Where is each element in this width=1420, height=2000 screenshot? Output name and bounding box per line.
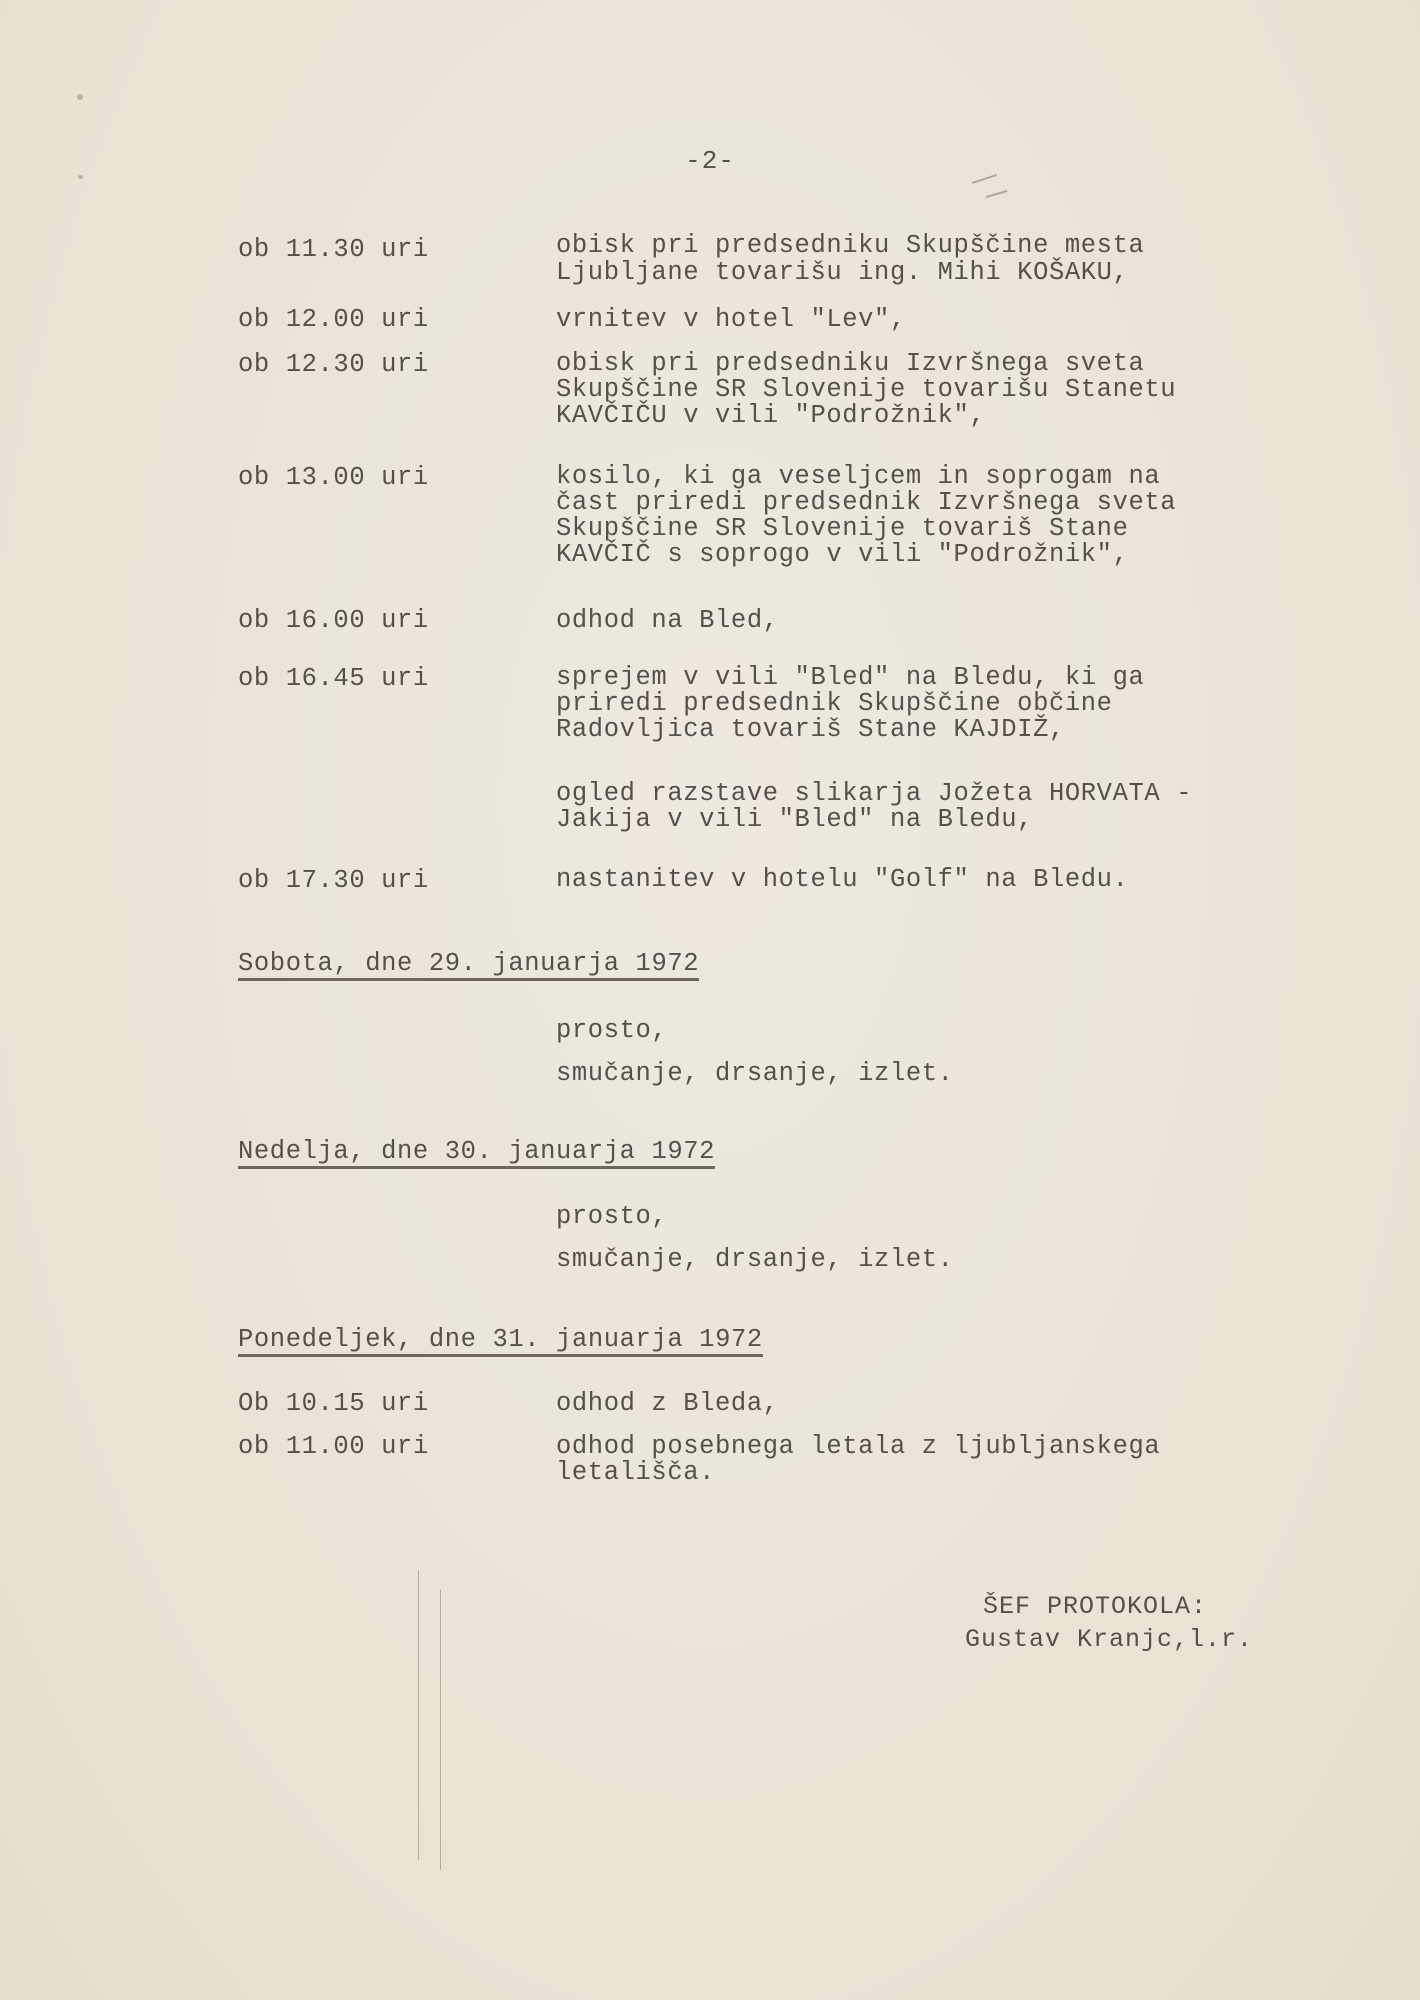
schedule-time: ob 12.00 uri (238, 306, 429, 333)
schedule-desc-line: čast priredi predsednik Izvršnega sveta (556, 489, 1176, 516)
schedule-desc-line: KAVČIČU v vili "Podrožnik", (556, 402, 985, 429)
paper-crease-line (418, 1570, 419, 1860)
day-heading-saturday: Sobota, dne 29. januarja 1972 (238, 950, 699, 981)
schedule-time: ob 17.30 uri (238, 867, 429, 894)
schedule-desc-line: kosilo, ki ga veseljcem in soprogam na (556, 463, 1160, 490)
schedule-time: ob 13.00 uri (238, 464, 429, 491)
signature-title: ŠEF PROTOKOLA: (983, 1592, 1207, 1621)
day-heading-monday: Ponedeljek, dne 31. januarja 1972 (238, 1326, 763, 1357)
schedule-time: ob 16.45 uri (238, 665, 429, 692)
schedule-desc-line: Skupščine SR Slovenije tovariš Stane (556, 515, 1129, 542)
schedule-desc-line: odhod posebnega letala z ljubljanskega (556, 1433, 1160, 1460)
schedule-desc-line: prosto, (556, 1203, 667, 1230)
schedule-desc-line: odhod z Bleda, (556, 1390, 779, 1417)
schedule-desc-line: obisk pri predsedniku Izvršnega sveta (556, 350, 1144, 377)
schedule-time: ob 16.00 uri (238, 607, 429, 634)
schedule-desc-line: obisk pri predsedniku Skupščine mesta (556, 232, 1144, 259)
schedule-desc-line: odhod na Bled, (556, 607, 779, 634)
schedule-desc-line: letališča. (556, 1459, 715, 1486)
schedule-desc-line: Jakija v vili "Bled" na Bledu, (556, 806, 1033, 833)
schedule-time: ob 12.30 uri (238, 351, 429, 378)
schedule-desc-line: sprejem v vili "Bled" na Bledu, ki ga (556, 664, 1144, 691)
schedule-time: ob 11.30 uri (238, 236, 429, 263)
punch-hole-mark (77, 94, 83, 100)
schedule-desc-line: Skupščine SR Slovenije tovarišu Stanetu (556, 376, 1176, 403)
schedule-desc-line: ogled razstave slikarja Jožeta HORVATA - (556, 780, 1192, 807)
schedule-desc-line: nastanitev v hotelu "Golf" na Bledu. (556, 866, 1129, 893)
page-number: -2- (0, 146, 1420, 176)
day-heading-sunday: Nedelja, dne 30. januarja 1972 (238, 1138, 715, 1169)
schedule-desc-line: priredi predsednik Skupščine občine (556, 690, 1113, 717)
schedule-desc-line: prosto, (556, 1017, 667, 1044)
schedule-desc-line: smučanje, drsanje, izlet. (556, 1246, 954, 1273)
schedule-desc-line: smučanje, drsanje, izlet. (556, 1060, 954, 1087)
schedule-time: Ob 10.15 uri (238, 1390, 429, 1417)
schedule-desc-line: KAVČIČ s soprogo v vili "Podrožnik", (556, 541, 1129, 568)
paper-crease-line (440, 1590, 441, 1870)
schedule-desc-line: Ljubljane tovarišu ing. Mihi KOŠAKU, (556, 259, 1129, 286)
paper-sheet (0, 0, 1420, 2000)
schedule-time: ob 11.00 uri (238, 1433, 429, 1460)
schedule-desc-line: Radovljica tovariš Stane KAJDIŽ, (556, 716, 1065, 743)
schedule-desc-line: vrnitev v hotel "Lev", (556, 306, 906, 333)
signature-name: Gustav Kranjc,l.r. (965, 1625, 1253, 1654)
